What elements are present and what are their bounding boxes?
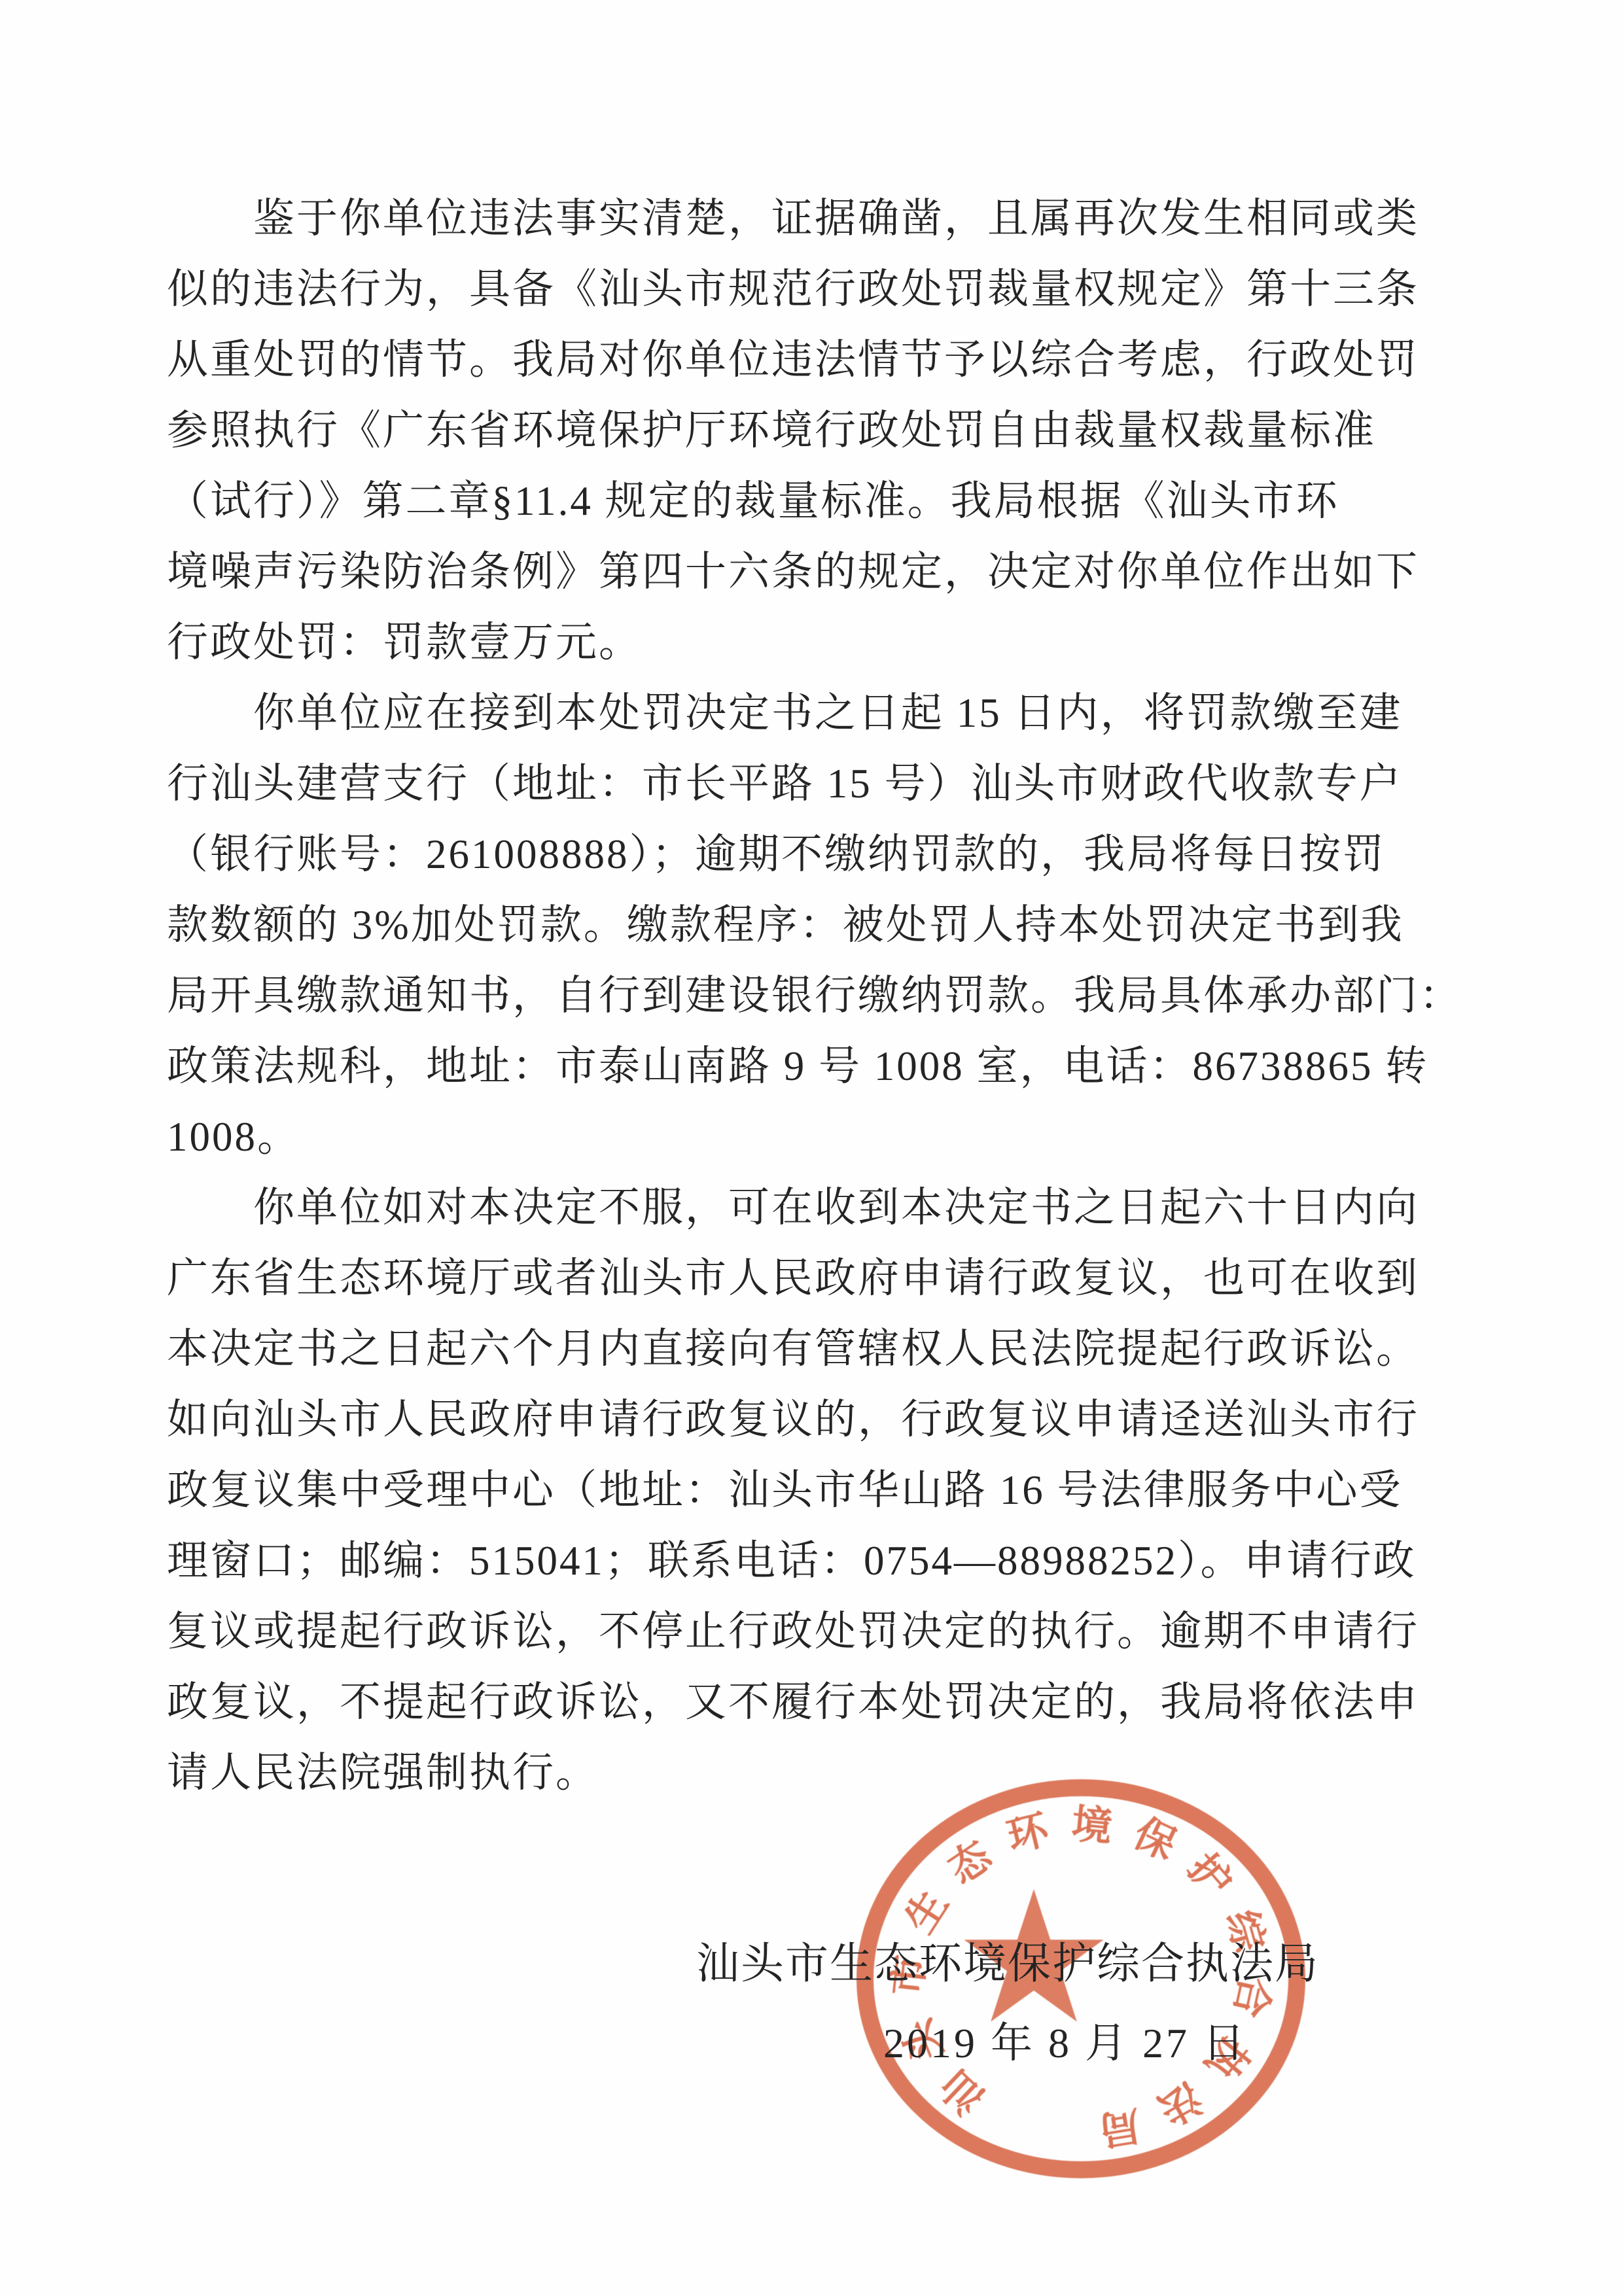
document-line: 本决定书之日起六个月内直接向有管辖权人民法院提起行政诉讼。 (167, 1313, 1469, 1384)
document-line: 局开具缴款通知书，自行到建设银行缴纳罚款。我局具体承办部门： (167, 960, 1469, 1031)
document-line: 政复议，不提起行政诉讼，又不履行本处罚决定的，我局将依法申 (167, 1667, 1469, 1737)
document-line: 理窗口；邮编：515041；联系电话：0754—88988252）。申请行政 (167, 1525, 1469, 1596)
document-line: 你单位应在接到本处罚决定书之日起 15 日内，将罚款缴至建 (167, 678, 1469, 748)
document-line: 你单位如对本决定不服，可在收到本决定书之日起六十日内向 (167, 1172, 1469, 1243)
document-line: 如向汕头市人民政府申请行政复议的，行政复议申请迳送汕头市行 (167, 1384, 1469, 1455)
document-line: 款数额的 3%加处罚款。缴款程序：被处罚人持本处罚决定书到我 (167, 890, 1469, 960)
document-line: 似的违法行为，具备《汕头市规范行政处罚裁量权规定》第十三条 (167, 254, 1469, 324)
document-line: 行汕头建营支行（地址：市长平路 15 号）汕头市财政代收款专户 (167, 748, 1469, 819)
document-line: 行政处罚：罚款壹万元。 (167, 607, 1469, 678)
document-line: 鉴于你单位违法事实清楚，证据确凿，且属再次发生相同或类 (167, 183, 1469, 254)
document-line: 广东省生态环境厅或者汕头市人民政府申请行政复议，也可在收到 (167, 1243, 1469, 1313)
document-page: 汕头市生态环境保护综合执法局 鉴于你单位违法事实清楚，证据确凿，且属再次发生相同… (0, 0, 1624, 2296)
document-line: 请人民法院强制执行。 (167, 1737, 1469, 1808)
document-body: 鉴于你单位违法事实清楚，证据确凿，且属再次发生相同或类似的违法行为，具备《汕头市… (167, 183, 1469, 1808)
document-line: （银行账号：261008888）；逾期不缴纳罚款的，我局将每日按罚 (167, 819, 1469, 890)
document-line: 复议或提起行政诉讼，不停止行政处罚决定的执行。逾期不申请行 (167, 1596, 1469, 1667)
signature-date: 2019 年 8 月 27 日 (883, 2009, 1247, 2070)
issuer-signature: 汕头市生态环境保护综合执法局 (696, 1928, 1319, 1991)
document-line: （试行）》第二章§11.4 规定的裁量标准。我局根据《汕头市环 (167, 466, 1469, 536)
document-line: 从重处罚的情节。我局对你单位违法情节予以综合考虑，行政处罚 (167, 324, 1469, 395)
document-line: 境噪声污染防治条例》第四十六条的规定，决定对你单位作出如下 (167, 536, 1469, 607)
document-line: 政策法规科，地址：市泰山南路 9 号 1008 室，电话：86738865 转 (167, 1031, 1469, 1102)
document-line: 参照执行《广东省环境保护厅环境行政处罚自由裁量权裁量标准 (167, 395, 1469, 466)
document-line: 1008。 (167, 1102, 1469, 1172)
document-line: 政复议集中受理中心（地址：汕头市华山路 16 号法律服务中心受 (167, 1455, 1469, 1525)
